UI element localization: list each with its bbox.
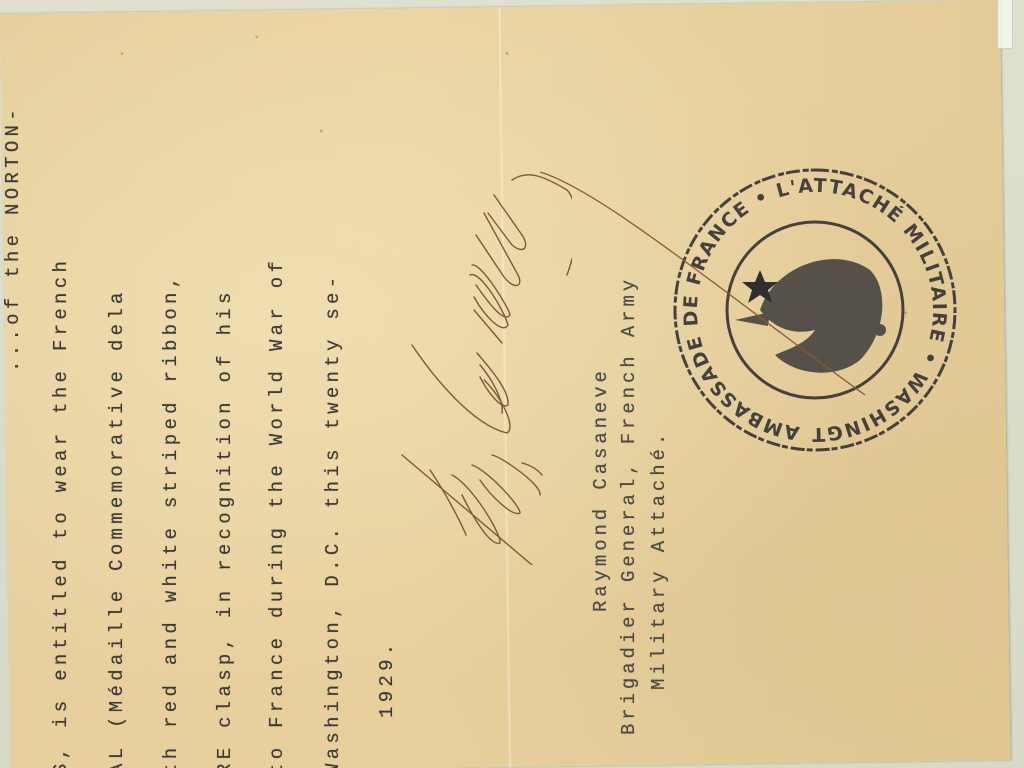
signer-name: Raymond Casaneve [590,367,612,612]
paper-spot [255,35,258,38]
body-line-6: to France during the World War of [266,257,288,768]
ink-stroke-line [540,170,870,400]
paper-spot [320,130,323,133]
signer-title: Military Attaché. [648,430,670,690]
paper-spot [121,52,124,55]
body-line-7: Washington, D.C. this twenty se- [322,273,344,768]
body-line-2: S, is entitled to wear the French [50,257,72,768]
body-line-1: ...of the NORTON- [2,105,24,372]
mount-corner-tab [997,0,1013,49]
body-line-5: RE clasp, in recognition of his [214,288,236,768]
paper-spot [506,52,509,55]
body-line-8: 1929. [376,639,398,718]
body-line-4: th red and white striped ribbon, [160,273,182,768]
body-line-3: AL (Médaille Commemorative dela [106,288,128,768]
